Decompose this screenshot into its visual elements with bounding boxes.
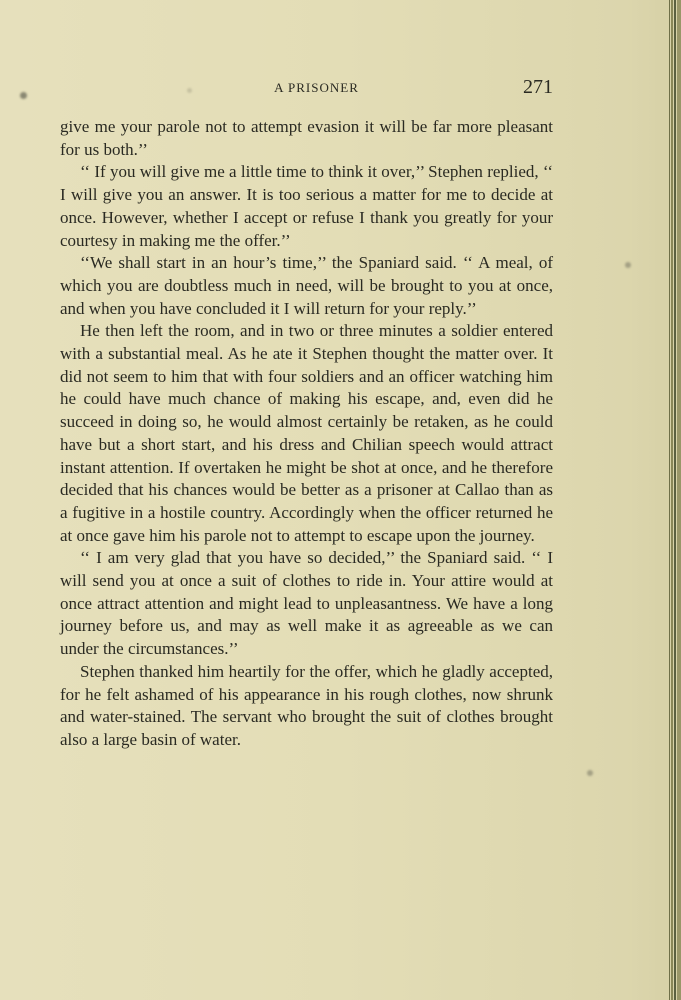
body-text: give me your parole not to attempt evasi… bbox=[60, 116, 553, 752]
page-edge-line bbox=[674, 0, 676, 1000]
paragraph: give me your parole not to attempt evasi… bbox=[60, 116, 553, 161]
paragraph: Stephen thanked him heartily for the off… bbox=[60, 661, 553, 752]
page-edge-line bbox=[669, 0, 670, 1000]
page-number: 271 bbox=[523, 76, 553, 99]
paper-blemish bbox=[625, 262, 631, 268]
page-edge-line bbox=[671, 0, 673, 1000]
running-head: A PRISONER bbox=[60, 80, 553, 96]
paragraph: He then left the room, and in two or thr… bbox=[60, 320, 553, 547]
page-edge-line bbox=[677, 0, 681, 1000]
paper-blemish bbox=[20, 92, 27, 99]
paper-blemish bbox=[587, 770, 593, 776]
paragraph: ‘‘We shall start in an hour’s time,’’ th… bbox=[60, 252, 553, 320]
book-page: A PRISONER 271 give me your parole not t… bbox=[0, 0, 681, 1000]
paragraph: ‘‘ I am very glad that you have so decid… bbox=[60, 547, 553, 661]
paragraph: ‘‘ If you will give me a little time to … bbox=[60, 161, 553, 252]
page-header: A PRISONER 271 bbox=[60, 76, 553, 100]
